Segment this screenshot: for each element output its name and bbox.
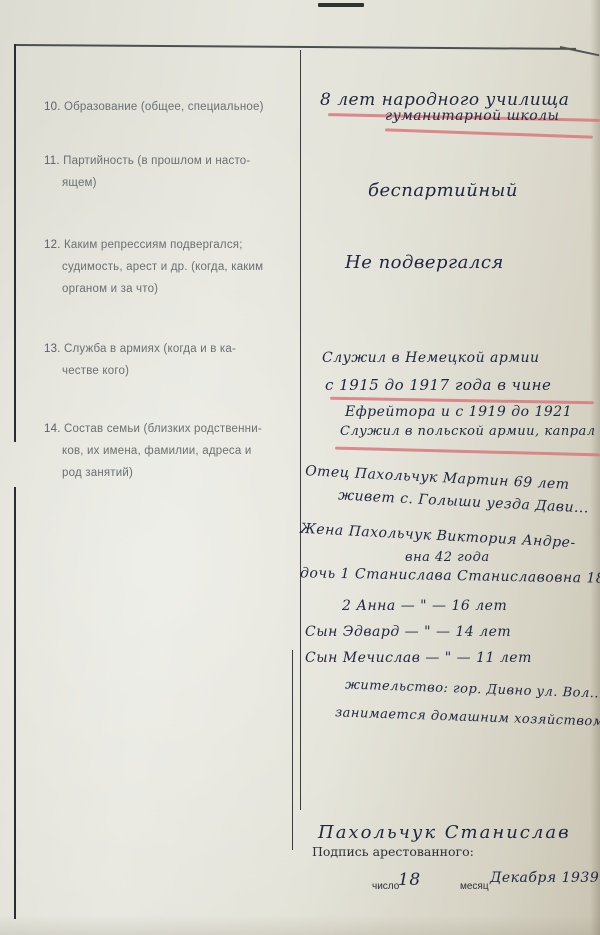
field-13-answer-line-4: Служил в польской армии, капрал xyxy=(340,424,596,439)
field-label-line: органом и за что) xyxy=(44,278,294,300)
field-label-line: Каким репрессиям подвергался; xyxy=(64,239,243,251)
field-label-line: судимость, арест и др. (когда, каким xyxy=(44,256,294,278)
field-label-line: честве кого) xyxy=(44,360,294,382)
field-label-line: род занятий) xyxy=(44,462,294,484)
red-underline xyxy=(335,447,600,457)
field-number: 10. xyxy=(44,101,61,113)
month-value: Декабря 1939 xyxy=(490,870,599,886)
field-10-answer-line-2: гуманитарной школы xyxy=(385,108,559,124)
field-number: 11. xyxy=(44,155,60,167)
form-top-border xyxy=(16,44,576,50)
field-label-line: Служба в армиях (когда и в ка- xyxy=(64,343,236,355)
day-value: 18 xyxy=(398,870,421,890)
field-label-line: Партийность (в прошлом и насто- xyxy=(63,155,250,167)
form-left-border xyxy=(14,44,16,442)
field-13-answer-line-2: с 1915 до 1917 года в чине xyxy=(325,376,551,394)
field-13-answer-line-3: Ефрейтора и с 1919 до 1921 xyxy=(345,404,572,420)
field-label-line: Состав семьи (близких родственни- xyxy=(64,423,262,435)
field-number: 13. xyxy=(44,343,61,355)
page-bottom-shadow xyxy=(0,915,600,935)
field-label-line: ящем) xyxy=(44,172,294,194)
field-number: 14. xyxy=(44,423,61,435)
field-12-label: 12. Каким репрессиям подвергался; судимо… xyxy=(44,234,294,300)
field-14-answer-line-5: дочь 1 Станислава Станиславовна 18 xyxy=(300,565,600,586)
field-13-label: 13. Служба в армиях (когда и в ка- честв… xyxy=(44,338,294,382)
day-label: число xyxy=(372,881,399,892)
field-14-answer-line-9: жительство: гор. Дивно ул. Вол... xyxy=(345,677,600,701)
field-label-text: Образование (общее, специальное) xyxy=(64,101,264,113)
field-number: 12. xyxy=(44,239,61,251)
field-14-answer-line-3: Жена Пахольчук Виктория Андре- xyxy=(300,521,576,551)
column-divider xyxy=(300,50,301,810)
field-11-label: 11. Партийность (в прошлом и насто- ящем… xyxy=(44,150,294,194)
field-14-answer-line-8: Сын Мечислав — " — 11 лет xyxy=(305,650,532,666)
field-14-answer-line-10: занимается домашним хозяйством xyxy=(335,705,600,729)
field-14-answer-line-7: Сын Эдвард — " — 14 лет xyxy=(305,624,511,640)
red-underline xyxy=(385,128,593,138)
page-edge-shadow xyxy=(590,0,600,935)
field-10-label: 10. Образование (общее, специальное) xyxy=(44,96,294,118)
field-11-answer: беспартийный xyxy=(368,180,518,201)
paper-clip xyxy=(318,3,364,7)
signature-label: Подпись арестованного: xyxy=(312,844,474,859)
field-14-label: 14. Состав семьи (близких родственни- ко… xyxy=(44,418,294,484)
form-left-border-lower xyxy=(14,487,16,919)
month-label: месяц xyxy=(460,881,489,892)
field-label-line: ков, их имена, фамилии, адреса и xyxy=(44,440,294,462)
column-divider-lower xyxy=(292,650,293,850)
field-12-answer: Не подвергался xyxy=(345,252,504,273)
field-10-answer-line-1: 8 лет народного училища xyxy=(320,90,569,110)
field-14-answer-line-4: вна 42 года xyxy=(405,550,490,565)
signature-handwritten: Пахольчук Станислав xyxy=(318,822,571,843)
field-14-answer-line-6: 2 Анна — " — 16 лет xyxy=(342,598,507,614)
field-13-answer-line-1: Служил в Немецкой армии xyxy=(322,350,540,366)
